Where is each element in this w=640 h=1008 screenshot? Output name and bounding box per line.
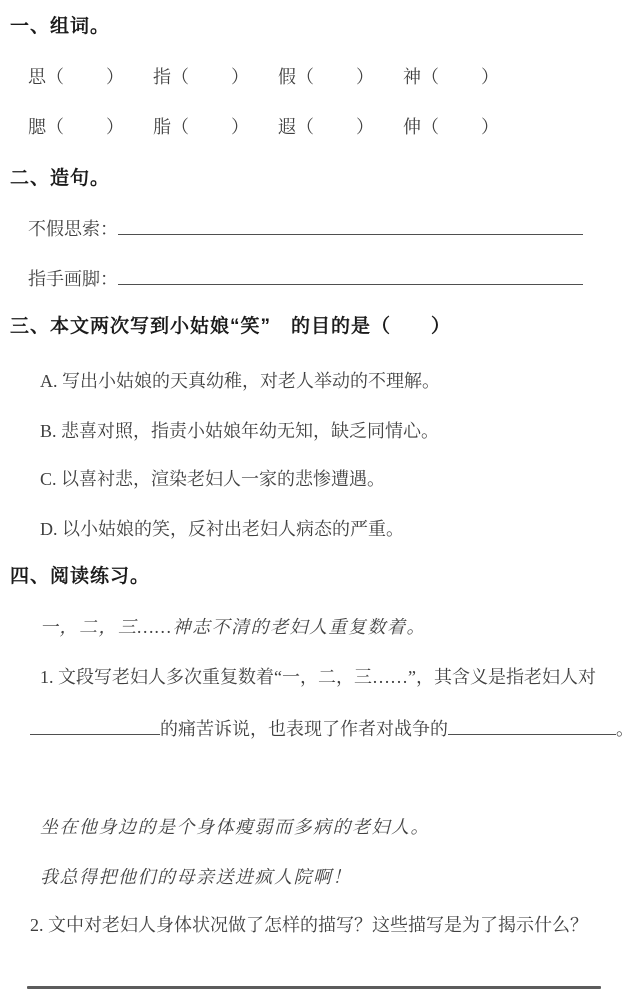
section1-heading: 一、组词。 xyxy=(10,14,110,40)
sentence-item-2: 指手画脚： xyxy=(28,266,583,292)
sentence-item-1: 不假思索： xyxy=(28,216,583,242)
question1-period: 。 xyxy=(616,719,634,739)
word-char: 脂 xyxy=(153,114,171,140)
word-row-1: 思（） 指（） 假（） 神（） xyxy=(28,64,499,90)
question1-mid-text: 的痛苦诉说，也表现了作者对战争的 xyxy=(160,719,448,739)
section3-heading: 三、本文两次写到小姑娘“笑” 的目的是（ ） xyxy=(10,314,451,340)
reading-excerpt-3: 我总得把他们的母亲送进疯人院啊！ xyxy=(40,864,352,890)
word-group: 腮（） xyxy=(28,114,124,140)
reading-excerpt-1: 一，二，三……神志不清的老妇人重复数着。 xyxy=(40,614,426,640)
open-paren: （ xyxy=(421,114,439,140)
close-paren: ） xyxy=(356,64,374,90)
word-char: 腮 xyxy=(28,114,46,140)
open-paren: （ xyxy=(421,64,439,90)
open-paren: （ xyxy=(46,64,64,90)
word-group: 思（） xyxy=(28,64,124,90)
open-paren: （ xyxy=(296,64,314,90)
word-group: 遐（） xyxy=(278,114,374,140)
answer-blank xyxy=(118,283,583,285)
close-paren: ） xyxy=(231,64,249,90)
idiom-label: 不假思索： xyxy=(28,219,118,239)
answer-blank xyxy=(448,733,616,735)
choice-option-b: B. 悲喜对照，指责小姑娘年幼无知，缺乏同情心。 xyxy=(40,418,439,444)
word-char: 神 xyxy=(403,64,421,90)
word-char: 指 xyxy=(153,64,171,90)
question1-line1: 1. 文段写老妇人多次重复数着“一，二，三……”，其含义是指老妇人对 xyxy=(40,664,596,690)
open-paren: （ xyxy=(46,114,64,140)
word-char: 思 xyxy=(28,64,46,90)
close-paren: ） xyxy=(356,114,374,140)
close-paren: ） xyxy=(106,64,124,90)
section2-heading: 二、造句。 xyxy=(10,166,110,192)
choice-option-c: C. 以喜衬悲，渲染老妇人一家的悲惨遭遇。 xyxy=(40,466,385,492)
bottom-answer-rule xyxy=(27,986,601,989)
word-group: 神（） xyxy=(403,64,499,90)
reading-excerpt-2: 坐在他身边的是个身体瘦弱而多病的老妇人。 xyxy=(40,814,430,840)
open-paren: （ xyxy=(296,114,314,140)
close-paren: ） xyxy=(106,114,124,140)
close-paren: ） xyxy=(481,114,499,140)
idiom-label: 指手画脚： xyxy=(28,269,118,289)
word-row-2: 腮（） 脂（） 遐（） 伸（） xyxy=(28,114,499,140)
choice-option-a: A. 写出小姑娘的天真幼稚，对老人举动的不理解。 xyxy=(40,368,440,394)
word-group: 假（） xyxy=(278,64,374,90)
close-paren: ） xyxy=(481,64,499,90)
word-group: 伸（） xyxy=(403,114,499,140)
word-group: 指（） xyxy=(153,64,249,90)
section4-heading: 四、阅读练习。 xyxy=(10,564,150,590)
word-char: 伸 xyxy=(403,114,421,140)
worksheet-page: 一、组词。 思（） 指（） 假（） 神（） 腮（） 脂（） 遐（） 伸（） 二、… xyxy=(0,0,640,1008)
close-paren: ） xyxy=(231,114,249,140)
answer-blank xyxy=(30,733,160,735)
question1-line2: 的痛苦诉说，也表现了作者对战争的。 xyxy=(30,716,634,742)
open-paren: （ xyxy=(171,64,189,90)
word-char: 遐 xyxy=(278,114,296,140)
word-char: 假 xyxy=(278,64,296,90)
word-group: 脂（） xyxy=(153,114,249,140)
choice-option-d: D. 以小姑娘的笑，反衬出老妇人病态的严重。 xyxy=(40,516,404,542)
open-paren: （ xyxy=(171,114,189,140)
question2-text: 2. 文中对老妇人身体状况做了怎样的描写？这些描写是为了揭示什么？ xyxy=(30,912,588,938)
answer-blank xyxy=(118,233,583,235)
